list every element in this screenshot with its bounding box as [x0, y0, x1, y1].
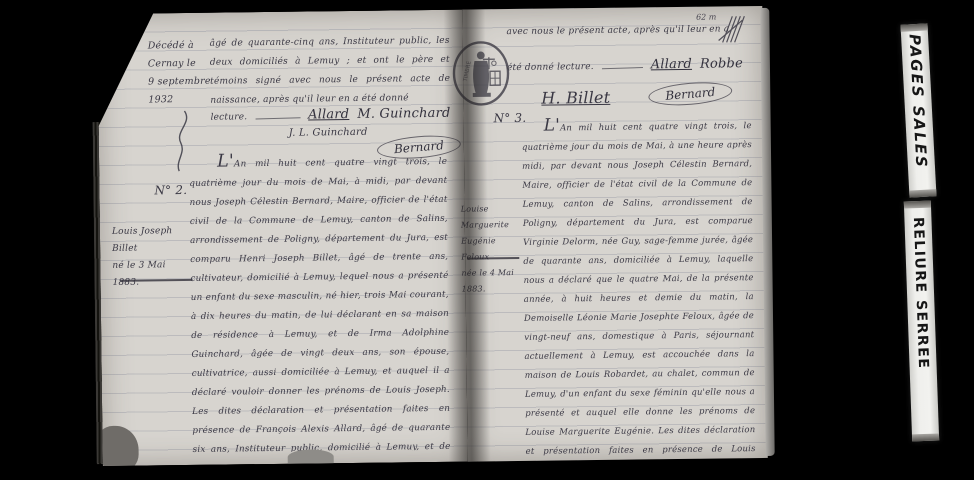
photo-artifact — [288, 449, 334, 465]
signature-bernard-oval: Bernard — [648, 79, 733, 108]
left-page: Décédé à Cernay le 9 septembre 1932 âgé … — [97, 10, 467, 466]
margin-name-note: Louise Marguerite Eugénie Feloux née le … — [461, 201, 522, 298]
archive-strip-pages-sales: PAGES SALES — [900, 23, 936, 197]
stamp-label: TIMBRE — [463, 60, 473, 83]
signature-allard: Allard — [308, 107, 349, 123]
previous-act-ending: âgé de quarante-cinq ans, Instituteur pu… — [210, 32, 451, 111]
signature-flourish — [255, 109, 300, 119]
book-spread: Décédé à Cernay le 9 septembre 1932 âgé … — [97, 6, 767, 466]
act-text: L'An mil huit cent quatre vingt trois, l… — [522, 114, 756, 461]
archive-strip-reliure-serree: RELIURE SERREE — [904, 201, 939, 442]
right-page: 62 m avec nous le présent acte, après qu… — [462, 6, 767, 462]
signature-robbe: Robbe — [700, 56, 743, 72]
act-number: N° 2. — [154, 183, 187, 197]
signature-guinchard2: J. L. Guinchard — [289, 127, 368, 139]
signature-flourish — [602, 59, 643, 69]
signature-billet: H. Billet — [541, 88, 610, 108]
strip-label: RELIURE SERREE — [909, 201, 933, 441]
signature-allard: Allard — [651, 57, 692, 73]
signoff-word: lecture. — [210, 112, 247, 122]
photo-background: Décédé à Cernay le 9 septembre 1932 âgé … — [0, 0, 974, 480]
notary-stamp-icon: TIMBRE — [451, 39, 512, 108]
act-text: L'An mil huit cent quatre vingt trois, l… — [189, 150, 451, 453]
strip-label: PAGES SALES — [905, 24, 932, 198]
signoff-word: été donné lecture. — [507, 62, 594, 73]
signature-guinchard: M. Guinchard — [357, 106, 450, 122]
previous-act-ending: avec nous le présent acte, après qu'il l… — [506, 20, 742, 42]
